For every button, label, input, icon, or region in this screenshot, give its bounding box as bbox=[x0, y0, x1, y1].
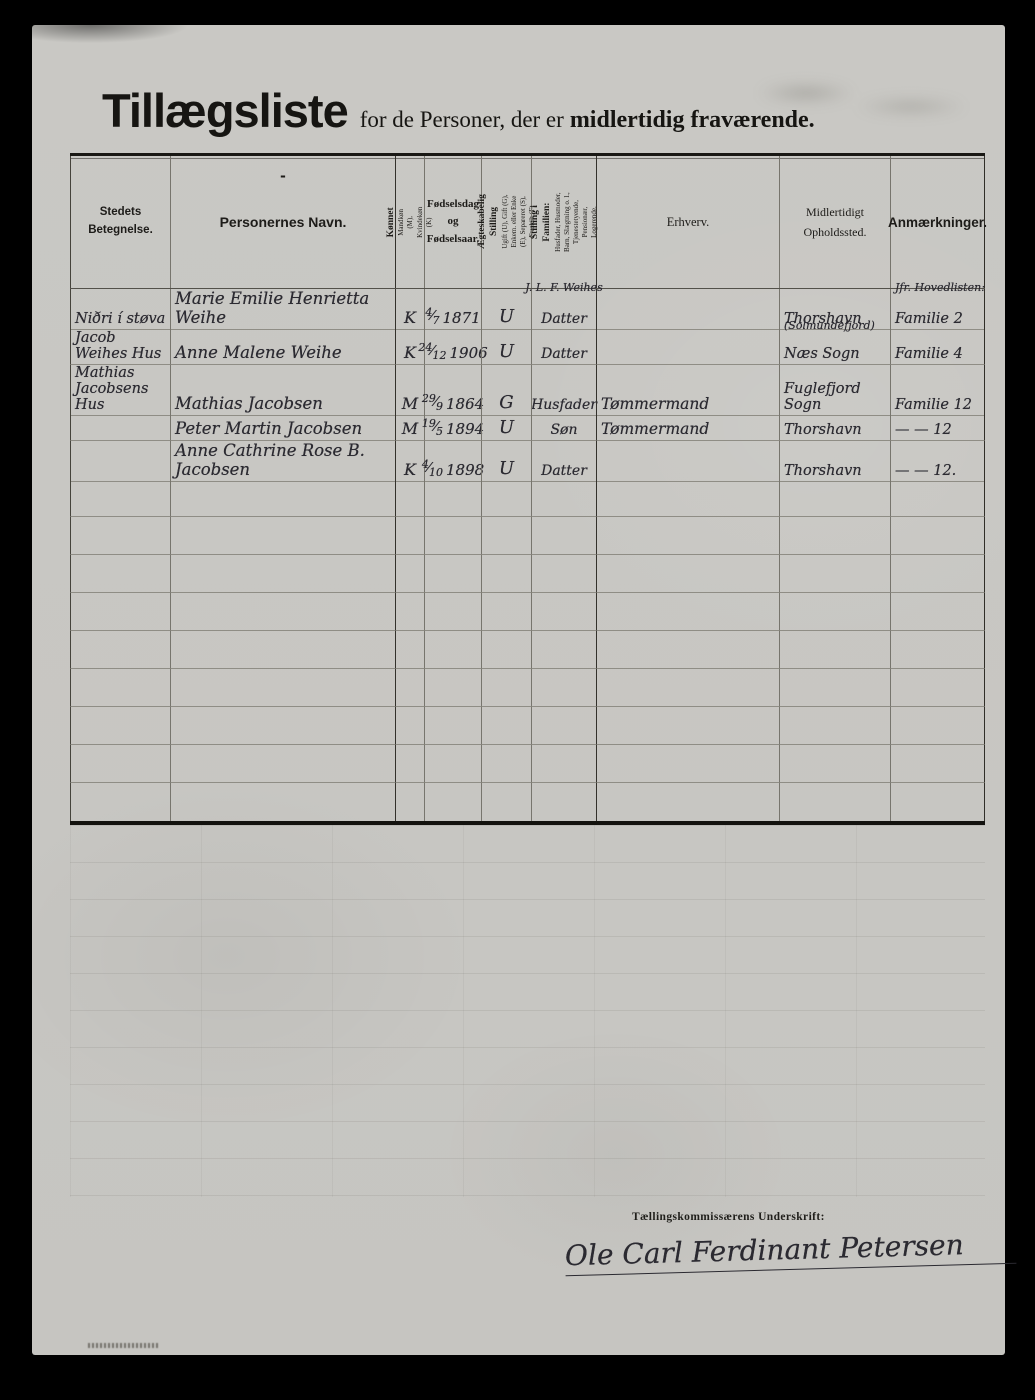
column-header-aegteskabelig: Ægteskabelig StillingUgift (U), Gift (G)… bbox=[481, 156, 531, 288]
printer-imprint bbox=[88, 1343, 160, 1348]
column-header-label-line: Betegnelse. bbox=[88, 222, 153, 240]
table-row-empty bbox=[70, 669, 985, 707]
cell-line: Datter bbox=[541, 346, 587, 362]
column-header-navn: -Personernes Navn. bbox=[170, 156, 395, 288]
cell-koen bbox=[395, 555, 424, 593]
cell-sted bbox=[70, 441, 170, 482]
cell-anmaerkninger bbox=[890, 631, 985, 669]
vertical-header-wrap: Ægteskabelig StillingUgift (U), Gift (G)… bbox=[476, 195, 537, 250]
cell-koen bbox=[395, 631, 424, 669]
cell-anmaerkninger bbox=[890, 707, 985, 745]
cell-anmaerkninger bbox=[890, 745, 985, 783]
cell-topline: (Solmundefjord) bbox=[784, 320, 875, 331]
cell-navn: Marie Emilie Henrietta Weihe bbox=[170, 289, 395, 330]
cell-koen bbox=[395, 783, 424, 821]
table-header-row: StedetsBetegnelse.-Personernes Navn.Kønn… bbox=[70, 153, 985, 289]
cell-navn bbox=[170, 479, 395, 517]
cell-stilling-familien bbox=[531, 593, 596, 631]
cell-navn bbox=[170, 517, 395, 555]
cell-civilstand: U bbox=[481, 403, 531, 441]
cell-koen bbox=[395, 745, 424, 783]
cell-line: Thorshavn bbox=[784, 422, 862, 438]
cell-civilstand bbox=[481, 669, 531, 707]
cell-erhverv: Tømmermand bbox=[596, 403, 779, 441]
table-row-entry: Mathias Jacobsens HusMathias JacobsenM29… bbox=[70, 365, 985, 403]
cell-opholdssted bbox=[779, 631, 890, 669]
cell-foedselsdag bbox=[424, 593, 481, 631]
scan-bleedthrough-grid bbox=[70, 825, 985, 1197]
cell-anmaerkninger bbox=[890, 783, 985, 821]
table-row-empty bbox=[70, 783, 985, 821]
table-row-empty bbox=[70, 707, 985, 745]
column-header-label: Personernes Navn. bbox=[220, 214, 347, 230]
cell-stilling-familien: J. L. F. WeihesDatter bbox=[531, 289, 596, 330]
cell-foedselsdag bbox=[424, 517, 481, 555]
cell-foedselsdag: 24⁄121906 bbox=[424, 327, 481, 365]
page-title-main: Tillægsliste bbox=[102, 84, 348, 137]
table-row-empty bbox=[70, 745, 985, 783]
cell-koen bbox=[395, 669, 424, 707]
cell-sted bbox=[70, 669, 170, 707]
table-row-entry: Peter Martin JacobsenM19⁄51894USønTømmer… bbox=[70, 403, 985, 441]
cell-anmaerkninger bbox=[890, 593, 985, 631]
cell-stilling-familien bbox=[531, 631, 596, 669]
birth-month: 10 bbox=[429, 466, 443, 479]
column-header-label-line: og bbox=[427, 213, 479, 231]
cell-erhverv bbox=[596, 745, 779, 783]
cell-erhverv bbox=[596, 327, 779, 365]
cell-anmaerkninger bbox=[890, 479, 985, 517]
cell-civilstand bbox=[481, 555, 531, 593]
cell-erhverv bbox=[596, 517, 779, 555]
cell-opholdssted: (Solmundefjord)Næs Sogn bbox=[779, 327, 890, 365]
cell-stilling-familien bbox=[531, 555, 596, 593]
cell-stilling-familien bbox=[531, 479, 596, 517]
cell-koen: K bbox=[395, 289, 424, 330]
cell-navn bbox=[170, 783, 395, 821]
cell-anmaerkninger bbox=[890, 555, 985, 593]
cell-sted bbox=[70, 479, 170, 517]
cell-erhverv bbox=[596, 441, 779, 482]
cell-line: — — 12 bbox=[895, 422, 952, 438]
cell-line: Familie 2 bbox=[895, 311, 963, 327]
cell-navn bbox=[170, 555, 395, 593]
column-header-ophold: MidlertidigtOpholdssted. bbox=[779, 156, 890, 288]
table-row-empty bbox=[70, 517, 985, 555]
cell-sted bbox=[70, 593, 170, 631]
cell-civilstand bbox=[481, 517, 531, 555]
birthdate-value: 24⁄121906 bbox=[418, 341, 487, 362]
cell-foedselsdag bbox=[424, 669, 481, 707]
cell-civilstand bbox=[481, 631, 531, 669]
cell-line: Datter bbox=[541, 311, 587, 327]
cell-foedselsdag bbox=[424, 555, 481, 593]
cell-opholdssted: Thorshavn bbox=[779, 403, 890, 441]
cell-stilling-familien bbox=[531, 669, 596, 707]
cell-koen bbox=[395, 593, 424, 631]
cell-anmaerkninger: Familie 4 bbox=[890, 327, 985, 365]
cell-erhverv bbox=[596, 707, 779, 745]
cell-navn bbox=[170, 631, 395, 669]
cell-stilling-familien bbox=[531, 517, 596, 555]
vertical-header-wrap: Stilling i Familien:Husfader, Husmoder, … bbox=[529, 190, 599, 254]
cell-civilstand: U bbox=[481, 289, 531, 330]
column-header-koen: KønnetMandkøn (M), Kvindekøn (K) bbox=[395, 156, 424, 288]
column-header-label-line: Stedets bbox=[88, 204, 153, 222]
cell-navn bbox=[170, 745, 395, 783]
column-header-label: StedetsBetegnelse. bbox=[88, 204, 153, 240]
column-header-title: Ægteskabelig Stilling bbox=[476, 195, 501, 250]
cell-stilling-familien bbox=[531, 707, 596, 745]
cell-navn bbox=[170, 669, 395, 707]
table-row-entry: Jacob Weihes HusAnne Malene WeiheK24⁄121… bbox=[70, 327, 985, 365]
cell-koen: M bbox=[395, 403, 424, 441]
cell-line: — — 12. bbox=[895, 463, 956, 479]
birthdate-value: 19⁄51894 bbox=[422, 417, 484, 438]
cell-sted: Niðri í støva bbox=[70, 289, 170, 330]
cell-foedselsdag: 19⁄51894 bbox=[424, 403, 481, 441]
cell-koen bbox=[395, 707, 424, 745]
signature-text: Ole Carl Ferdinant Petersen bbox=[565, 1227, 1017, 1277]
page-title: Tillægslistefor de Personer, der ermidle… bbox=[102, 83, 815, 138]
cell-opholdssted bbox=[779, 555, 890, 593]
cell-navn: Anne Malene Weihe bbox=[170, 327, 395, 365]
cell-navn: Anne Cathrine Rose B. Jacobsen bbox=[170, 441, 395, 482]
cell-stilling-familien bbox=[531, 745, 596, 783]
commissioner-signature: Ole Carl Ferdinant Petersen bbox=[565, 1227, 1017, 1277]
cell-topline: J. L. F. Weihes bbox=[525, 282, 602, 293]
cell-opholdssted bbox=[779, 593, 890, 631]
cell-sted bbox=[70, 783, 170, 821]
column-header-title: Kønnet bbox=[386, 206, 398, 237]
birthdate-value: 4⁄71871 bbox=[425, 306, 480, 327]
census-table: StedetsBetegnelse.-Personernes Navn.Kønn… bbox=[70, 153, 985, 825]
column-header-label-line: Personernes Navn. bbox=[220, 214, 347, 230]
column-header-label: FødselsdagogFødselsaar. bbox=[427, 196, 479, 249]
cell-erhverv bbox=[596, 783, 779, 821]
column-header-subtitle: Husfader, Husmoder, Barn, Slægtning o. l… bbox=[554, 190, 599, 254]
cell-civilstand bbox=[481, 783, 531, 821]
cell-foedselsdag bbox=[424, 707, 481, 745]
table-row-entry: Anne Cathrine Rose B. JacobsenK4⁄101898U… bbox=[70, 441, 985, 479]
column-header-label-line: Midlertidigt bbox=[804, 202, 867, 222]
table-body: Niðri í støvaMarie Emilie Henrietta Weih… bbox=[70, 289, 985, 825]
cell-erhverv bbox=[596, 669, 779, 707]
cell-koen bbox=[395, 517, 424, 555]
table-row-empty bbox=[70, 555, 985, 593]
cell-civilstand bbox=[481, 707, 531, 745]
cell-foedselsdag bbox=[424, 631, 481, 669]
birth-day: 19 bbox=[422, 417, 436, 430]
column-header-foedsel: FødselsdagogFødselsaar. bbox=[424, 156, 481, 288]
census-form-page: Tillægslistefor de Personer, der ermidle… bbox=[32, 25, 1005, 1355]
cell-erhverv bbox=[596, 479, 779, 517]
birth-year: 1898 bbox=[446, 461, 484, 479]
cell-navn bbox=[170, 707, 395, 745]
cell-foedselsdag: 4⁄71871 bbox=[424, 289, 481, 330]
birth-month: 7 bbox=[433, 314, 440, 327]
cell-navn: Peter Martin Jacobsen bbox=[170, 403, 395, 441]
cell-opholdssted bbox=[779, 517, 890, 555]
cell-stilling-familien: Datter bbox=[531, 327, 596, 365]
cell-koen bbox=[395, 479, 424, 517]
column-header-note: - bbox=[280, 166, 286, 186]
column-header-erhverv: Erhverv. bbox=[596, 156, 779, 288]
column-header-title: Stilling i Familien: bbox=[529, 190, 554, 254]
cell-foedselsdag bbox=[424, 479, 481, 517]
signature-label: Tællingskommissærens Underskrift: bbox=[632, 1211, 825, 1223]
birth-year: 1871 bbox=[443, 309, 481, 327]
column-header-anm: Anmærkninger. bbox=[890, 156, 985, 288]
birth-month: 5 bbox=[436, 425, 443, 438]
cell-anmaerkninger: Jfr. Hovedlisten:Familie 2 bbox=[890, 289, 985, 330]
page-title-mid: for de Personer, der er bbox=[360, 107, 564, 132]
column-header-sted: StedetsBetegnelse. bbox=[70, 156, 170, 288]
cell-anmaerkninger: — — 12 bbox=[890, 403, 985, 441]
birth-year: 1894 bbox=[446, 420, 484, 438]
cell-anmaerkninger bbox=[890, 669, 985, 707]
cell-line: Datter bbox=[541, 463, 587, 479]
cell-anmaerkninger: — — 12. bbox=[890, 441, 985, 482]
cell-civilstand bbox=[481, 745, 531, 783]
birth-month: 12 bbox=[433, 349, 447, 362]
cell-civilstand: U bbox=[481, 441, 531, 482]
cell-civilstand bbox=[481, 593, 531, 631]
cell-line: Næs Sogn bbox=[784, 346, 860, 362]
column-header-label: Anmærkninger. bbox=[888, 215, 987, 230]
cell-sted bbox=[70, 707, 170, 745]
column-header-label-line: Fødselsdag bbox=[427, 196, 479, 214]
table-row-empty bbox=[70, 479, 985, 517]
column-header-familie: Stilling i Familien:Husfader, Husmoder, … bbox=[531, 156, 596, 288]
cell-opholdssted bbox=[779, 479, 890, 517]
cell-stilling-familien: Datter bbox=[531, 441, 596, 482]
cell-opholdssted: Thorshavn bbox=[779, 441, 890, 482]
cell-line: Familie 4 bbox=[895, 346, 963, 362]
cell-sted: Jacob Weihes Hus bbox=[70, 327, 170, 365]
table-row-empty bbox=[70, 631, 985, 669]
cell-opholdssted bbox=[779, 707, 890, 745]
cell-foedselsdag: 4⁄101898 bbox=[424, 441, 481, 482]
cell-opholdssted bbox=[779, 783, 890, 821]
column-header-label: MidlertidigtOpholdssted. bbox=[804, 202, 867, 243]
cell-line: Thorshavn bbox=[784, 463, 862, 479]
cell-erhverv bbox=[596, 593, 779, 631]
column-header-label-line: Fødselsaar. bbox=[427, 231, 479, 249]
table-row-empty bbox=[70, 593, 985, 631]
column-header-label-line: Opholdssted. bbox=[804, 222, 867, 242]
cell-stilling-familien bbox=[531, 783, 596, 821]
cell-stilling-familien: Søn bbox=[531, 403, 596, 441]
cell-opholdssted bbox=[779, 669, 890, 707]
cell-sted bbox=[70, 517, 170, 555]
cell-sted bbox=[70, 555, 170, 593]
cell-opholdssted bbox=[779, 745, 890, 783]
cell-topline: Jfr. Hovedlisten: bbox=[895, 282, 985, 293]
column-header-label-line: Anmærkninger. bbox=[888, 215, 987, 230]
cell-erhverv bbox=[596, 631, 779, 669]
birthdate-value: 4⁄101898 bbox=[422, 458, 484, 479]
cell-foedselsdag bbox=[424, 783, 481, 821]
column-header-label: Erhverv. bbox=[667, 215, 710, 230]
cell-sted bbox=[70, 631, 170, 669]
cell-sted bbox=[70, 403, 170, 441]
cell-erhverv bbox=[596, 555, 779, 593]
cell-navn bbox=[170, 593, 395, 631]
cell-line: Søn bbox=[550, 422, 577, 438]
cell-civilstand bbox=[481, 479, 531, 517]
cell-erhverv bbox=[596, 289, 779, 330]
cell-anmaerkninger bbox=[890, 517, 985, 555]
cell-foedselsdag bbox=[424, 745, 481, 783]
cell-civilstand: U bbox=[481, 327, 531, 365]
cell-koen: K bbox=[395, 441, 424, 482]
cell-sted bbox=[70, 745, 170, 783]
column-header-label-line: Erhverv. bbox=[667, 215, 710, 230]
page-title-emphasis: midlertidig fraværende. bbox=[570, 107, 815, 133]
